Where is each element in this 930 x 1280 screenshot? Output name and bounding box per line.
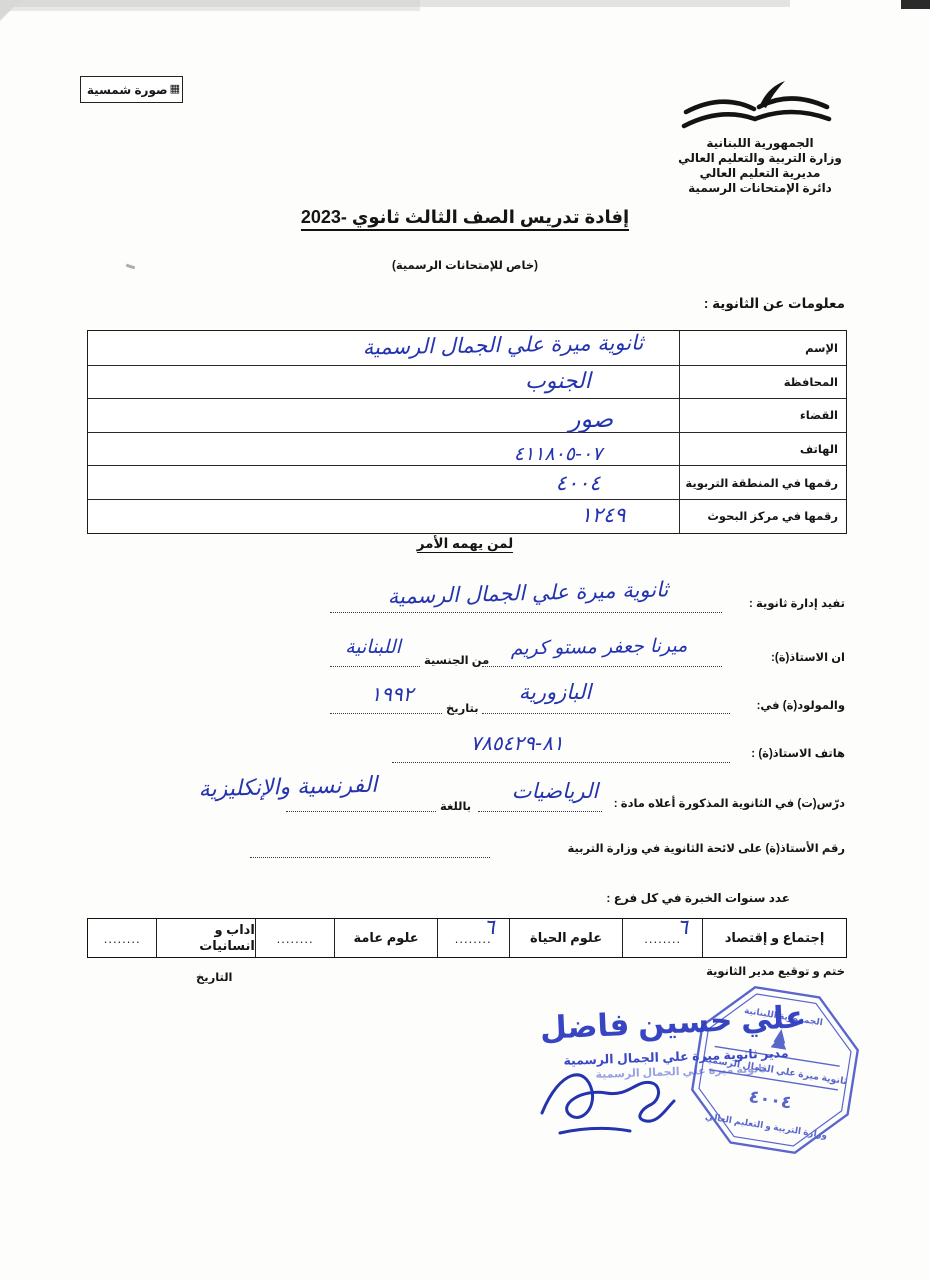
experience-table: إجتماع و إقتصاد ........ ٦ علوم الحياة .… (87, 918, 847, 958)
table-row: القضاء (88, 398, 846, 432)
table-row: المحافظة (88, 365, 846, 399)
scan-artifact-corner-dark (901, 0, 930, 9)
date-footer-label: التاريخ (196, 970, 233, 984)
field-label-language: باللغة (440, 799, 471, 813)
signature-icon (534, 1061, 704, 1147)
handwritten-edu-district-number: ٤٠٠٤ (513, 471, 643, 495)
row-label-governorate: المحافظة (679, 366, 846, 399)
exp-label-general-sciences: علوم عامة (334, 919, 436, 957)
handwritten-district: صور (536, 405, 646, 433)
field-label-date: بتاريخ (446, 701, 479, 715)
dotted-line (330, 611, 722, 613)
handwritten-exp-socio: ٦ (677, 915, 688, 939)
photo-icon: ▦ (170, 84, 180, 95)
document-subtitle: (خاص للإمتحانات الرسمية) (0, 258, 930, 272)
handwritten-teacher-phone: ٨١-٧٨٥٤٢٩ (392, 731, 642, 755)
field-label-teacher-phone: هاتف الاستاذ(ة) : (751, 746, 845, 760)
field-label-born: والمولود(ة) في: (757, 698, 845, 712)
handwritten-research-center-number: ١٢٤٩ (538, 503, 668, 527)
handwritten-birthplace: البازورية (490, 680, 620, 704)
row-label-edu-district-number: رقمها في المنطقة التربوية (679, 466, 846, 499)
field-label-roster-number: رقم الأستاذ(ة) على لائحة الثانوية في وزا… (567, 841, 845, 855)
exp-value-life-sciences: ........ ٦ (437, 919, 509, 957)
ministry-header: الجمهورية اللبنانية وزارة التربية والتعل… (640, 136, 880, 196)
school-info-heading: معلومات عن الثانوية : (704, 296, 845, 312)
handwritten-subject: الرياضيات (455, 779, 655, 803)
header-line-exams-dept: دائرة الإمتحانات الرسمية (640, 181, 880, 196)
handwritten-teacher-name: ميرنا جعفر مستو كريم (468, 634, 730, 661)
header-line-ministry: وزارة التربية والتعليم العالي (640, 151, 880, 166)
table-row: رقمها في المنطقة التربوية (88, 465, 846, 499)
handwritten-language: الفرنسية والإنكليزية (128, 771, 449, 804)
scan-artifact-corner-fold (0, 0, 72, 50)
svg-text:٤٠٠٤: ٤٠٠٤ (747, 1086, 793, 1113)
document-title: إفادة تدريس الصف الثالث ثانوي -2023 (0, 207, 930, 228)
stamp-block: الجمهورية اللبنانية ثانوية ميرة علي الجم… (528, 983, 873, 1183)
row-label-name: الإسم (679, 331, 846, 365)
experience-heading: عدد سنوات الخبرة في كل فرع : (606, 891, 790, 905)
dotted-line (330, 712, 442, 714)
exp-label-life-sciences: علوم الحياة (509, 919, 623, 957)
exp-value-arts-humanities: ........ (88, 919, 156, 957)
exp-label-socio-economics: إجتماع و إقتصاد (702, 919, 846, 957)
dotted-line (392, 761, 730, 763)
dots: ........ (277, 931, 314, 946)
svg-text:وزارة التربية و التعليم العالي: وزارة التربية و التعليم العالي (704, 1111, 828, 1141)
dotted-line (482, 665, 722, 667)
concern-heading: لمن يهمه الأمر (0, 536, 930, 552)
handwritten-nationality: اللبنانية (298, 636, 448, 658)
dotted-line (250, 856, 490, 858)
dotted-line (478, 810, 602, 812)
handwritten-certifying-school: ثانوية ميرة علي الجمال الرسمية (328, 576, 728, 610)
ministry-logo-icon (678, 80, 834, 140)
header-line-republic: الجمهورية اللبنانية (640, 136, 880, 151)
dots: ........ (644, 931, 681, 946)
field-label-teacher: ان الاستاذ(ة): (771, 650, 845, 664)
header-line-directorate: مديرية التعليم العالي (640, 166, 880, 181)
photo-box: ▦ صورة شمسية (80, 76, 183, 103)
handwritten-governorate: الجنوب (503, 369, 613, 394)
handwritten-exp-life: ٦ (483, 915, 494, 939)
photo-box-label: صورة شمسية (87, 83, 168, 97)
handwritten-school-phone: ٠٧-٤١١٨٠٥ (398, 443, 718, 465)
dotted-line (482, 712, 730, 714)
dotted-line (286, 810, 436, 812)
exp-label-arts-humanities: اداب و انسانيات (156, 919, 255, 957)
dots: ........ (104, 931, 141, 946)
row-label-research-center-number: رقمها في مركز البحوث (679, 500, 846, 533)
handwritten-birthdate: ١٩٩٢ (342, 682, 442, 706)
table-row: رقمها في مركز البحوث (88, 499, 846, 533)
exp-value-socio-economics: ........ ٦ (622, 919, 702, 957)
exp-value-general-sciences: ........ (255, 919, 335, 957)
row-label-district: القضاء (679, 399, 846, 432)
school-info-table: الإسم المحافظة القضاء الهاتف رقمها في ال… (87, 330, 847, 534)
field-label-school-admin: تفيد إدارة ثانوية : (749, 596, 845, 610)
dotted-line (330, 665, 420, 667)
